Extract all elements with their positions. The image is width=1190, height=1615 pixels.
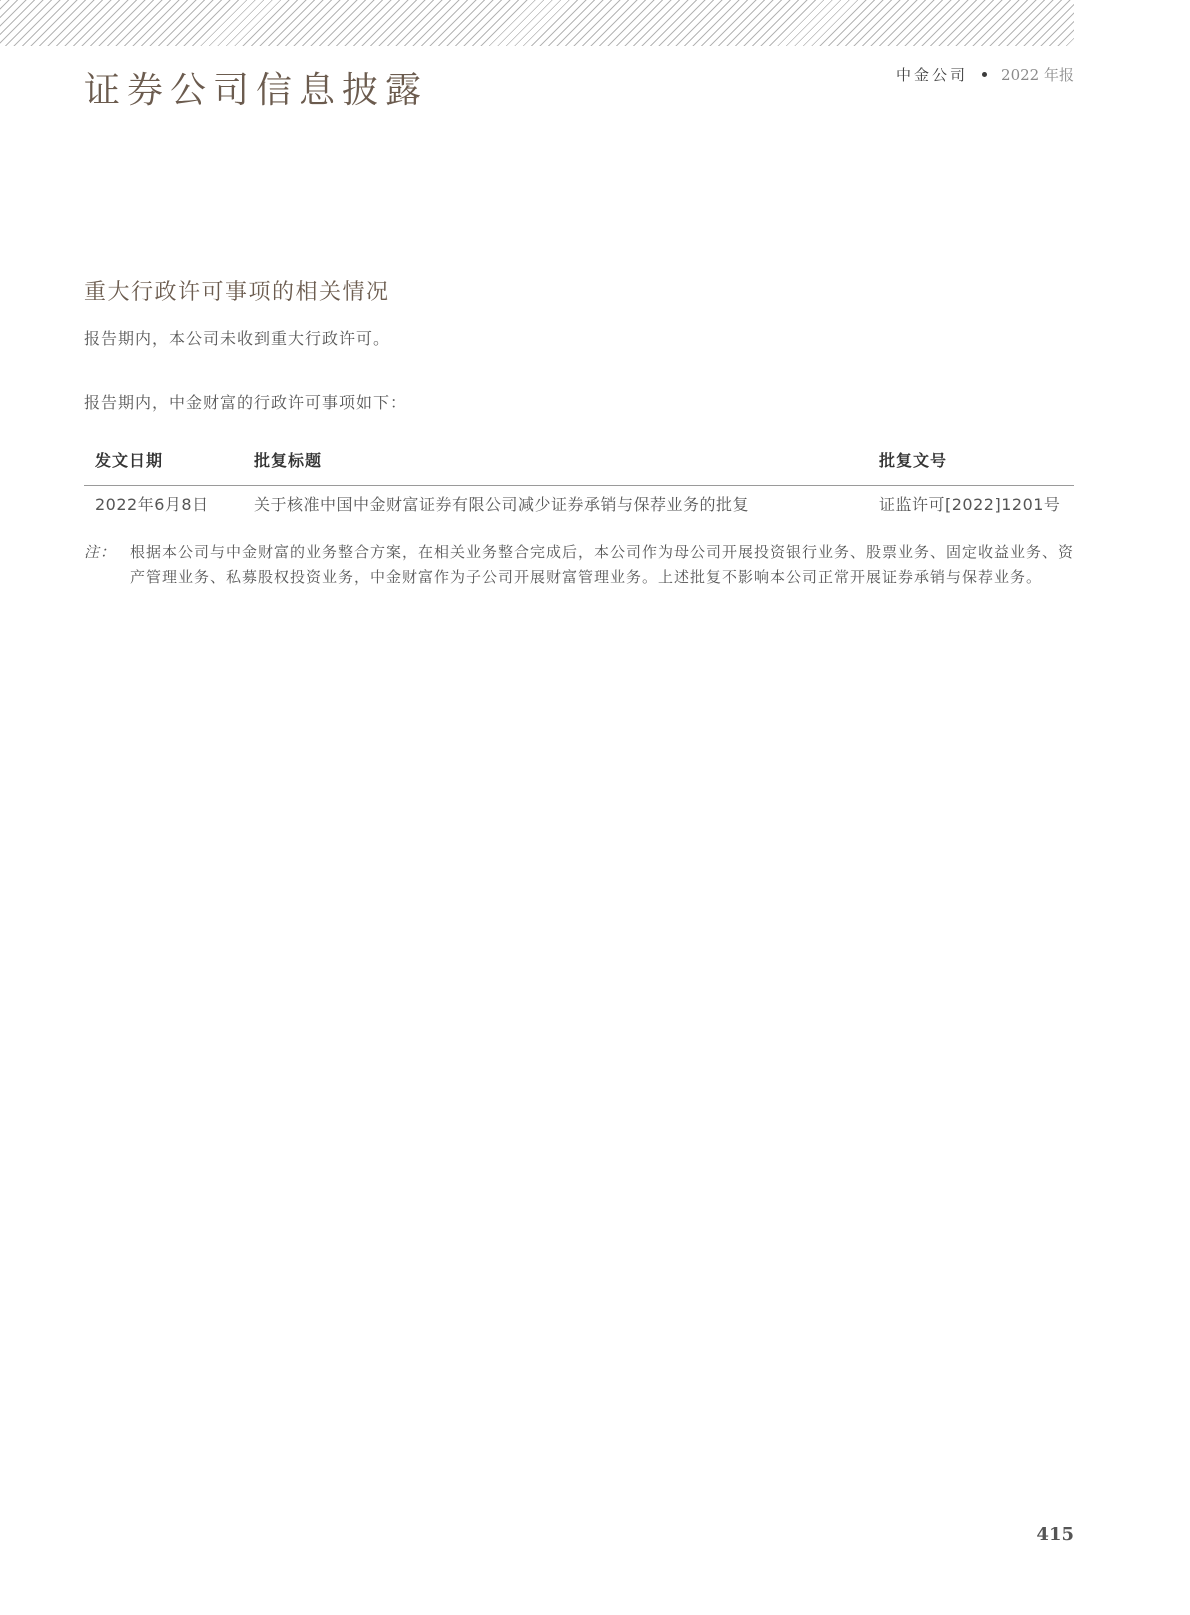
page-number: 415 [1036,1524,1074,1545]
column-header-title: 批复标题 [243,442,868,486]
running-head: 中金公司 2022 年报 [896,64,1074,85]
permits-table: 发文日期 批复标题 批复文号 2022年6月8日 关于核准中国中金财富证券有限公… [84,442,1074,521]
footnote-text: 根据本公司与中金财富的业务整合方案，在相关业务整合完成后，本公司作为母公司开展投… [130,540,1074,590]
section-heading: 重大行政许可事项的相关情况 [84,275,390,306]
company-name: 中金公司 [896,64,968,85]
footnote: 注： 根据本公司与中金财富的业务整合方案，在相关业务整合完成后，本公司作为母公司… [84,540,1074,590]
page-title: 证券公司信息披露 [84,62,428,113]
paragraph-no-major-permit: 报告期内，本公司未收到重大行政许可。 [84,326,390,349]
report-label: 2022 年报 [1001,64,1074,85]
paragraph-cicc-wealth-intro: 报告期内，中金财富的行政许可事项如下： [84,390,407,413]
bullet-dot-icon [982,72,987,77]
cell-number: 证监许可[2022]1201号 [868,486,1074,522]
footnote-label: 注： [84,540,130,590]
column-header-number: 批复文号 [868,442,1074,486]
cell-date: 2022年6月8日 [84,486,243,522]
table-row: 2022年6月8日 关于核准中国中金财富证券有限公司减少证券承销与保荐业务的批复… [84,486,1074,522]
column-header-date: 发文日期 [84,442,243,486]
cell-title: 关于核准中国中金财富证券有限公司减少证券承销与保荐业务的批复 [243,486,868,522]
decorative-hatch-band [0,0,1074,46]
table-header-row: 发文日期 批复标题 批复文号 [84,442,1074,486]
